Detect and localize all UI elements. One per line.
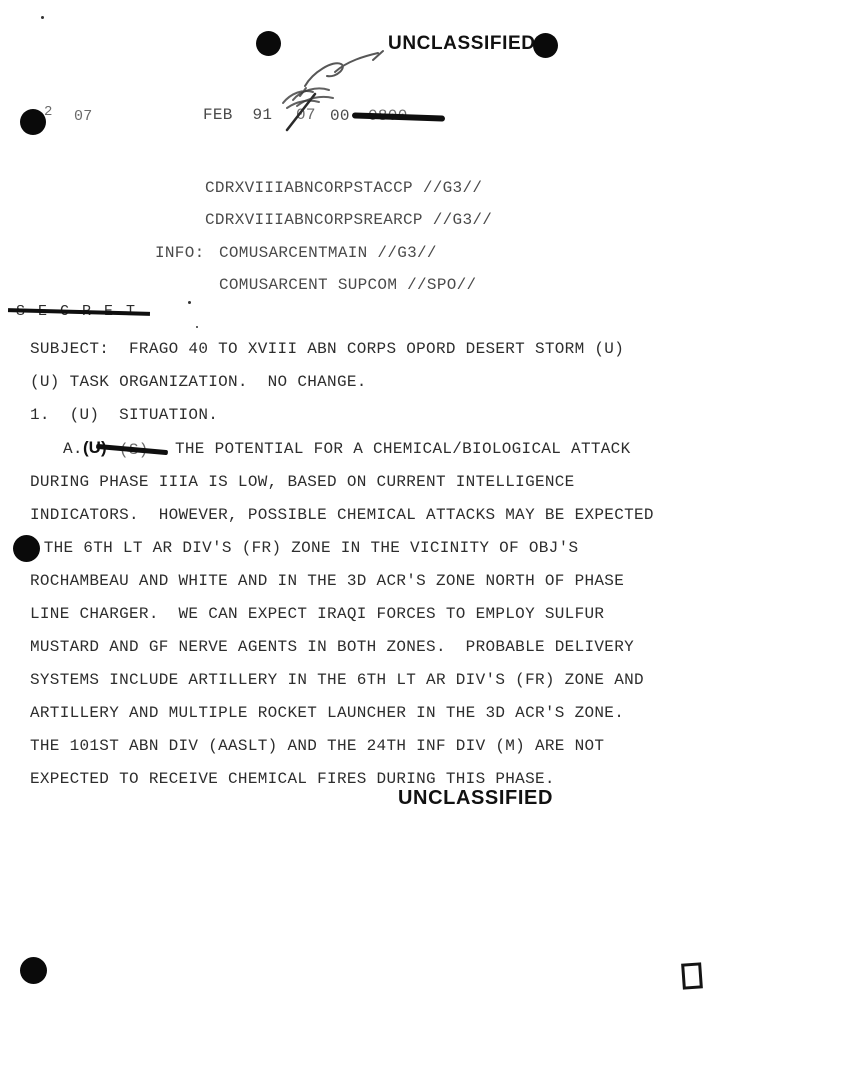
address-line: COMUSARCENT SUPCOM //SPO// <box>219 276 476 294</box>
body-line: EXPECTED TO RECEIVE CHEMICAL FIRES DURIN… <box>30 770 555 788</box>
body-line: ARTILLERY AND MULTIPLE ROCKET LAUNCHER I… <box>30 704 624 722</box>
body-line: INDICATORS. HOWEVER, POSSIBLE CHEMICAL A… <box>30 506 654 524</box>
body-line: SYSTEMS INCLUDE ARTILLERY IN THE 6TH LT … <box>30 671 644 689</box>
dateline-zeros: 00 <box>330 107 350 125</box>
hole-punch-dot-icon <box>20 957 47 984</box>
unclassified-stamp-top: UNCLASSIFIED <box>388 33 536 55</box>
address-line: COMUSARCENTMAIN //G3// <box>219 244 437 262</box>
subject-line: SUBJECT: FRAGO 40 TO XVIII ABN CORPS OPO… <box>30 340 624 358</box>
redaction-dot-icon <box>13 535 40 562</box>
scan-speck <box>196 326 198 328</box>
body-line: LINE CHARGER. WE CAN EXPECT IRAQI FORCES… <box>30 605 604 623</box>
paragraph-a-text: THE POTENTIAL FOR A CHEMICAL/BIOLOGICAL … <box>175 440 630 458</box>
scan-speck <box>188 301 191 304</box>
scan-speck <box>41 16 44 19</box>
hole-punch-dot-icon <box>533 33 558 58</box>
scanned-document-page: UNCLASSIFIED 2 07 FEB 91 07 00 0800 CDRX… <box>0 0 850 1091</box>
task-organization-line: (U) TASK ORGANIZATION. NO CHANGE. <box>30 373 367 391</box>
address-line: CDRXVIIIABNCORPSTACCP //G3// <box>205 179 482 197</box>
dateline-month-year: FEB 91 <box>203 106 272 124</box>
paragraph-a-prefix: A. <box>63 440 83 458</box>
paragraph-1-heading: 1. (U) SITUATION. <box>30 406 218 424</box>
info-label: INFO: <box>155 244 205 262</box>
body-line: MUSTARD AND GF NERVE AGENTS IN BOTH ZONE… <box>30 638 634 656</box>
body-line: DURING PHASE IIIA IS LOW, BASED ON CURRE… <box>30 473 575 491</box>
body-line: ROCHAMBEAU AND WHITE AND IN THE 3D ACR'S… <box>30 572 624 590</box>
redaction-dot-icon <box>20 109 46 135</box>
handwritten-box-mark-icon <box>681 962 703 989</box>
body-line: IN THE 6TH LT AR DIV'S (FR) ZONE IN THE … <box>14 539 578 557</box>
dateline-left-number: 07 <box>74 108 93 125</box>
address-line: CDRXVIIIABNCORPSREARCP //G3// <box>205 211 492 229</box>
dateline-fragment: 2 <box>44 104 53 120</box>
body-line: THE 101ST ABN DIV (AASLT) AND THE 24TH I… <box>30 737 604 755</box>
unclassified-stamp-bottom: UNCLASSIFIED <box>398 787 553 810</box>
